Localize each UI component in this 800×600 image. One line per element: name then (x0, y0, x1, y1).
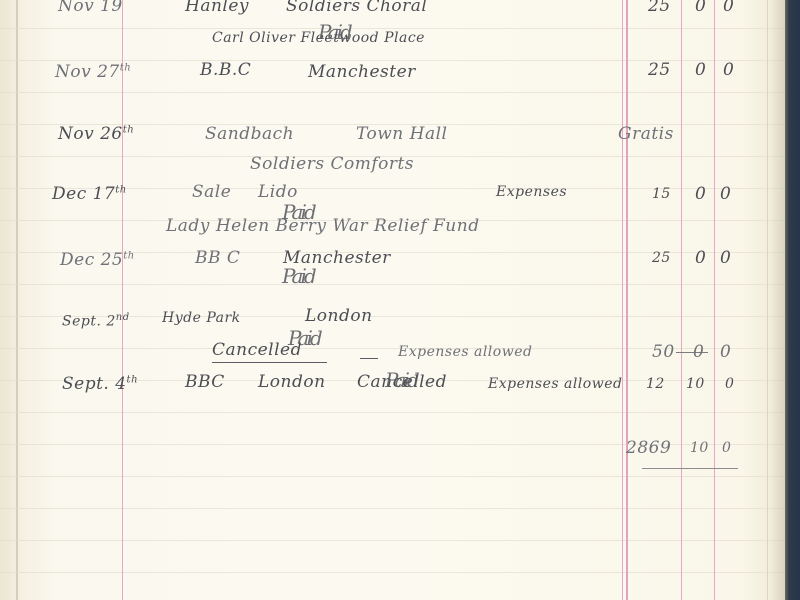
amount-shillings: 0 (695, 184, 706, 204)
entry-description: Manchester (308, 62, 416, 82)
ledger-page: Nov 19 Hanley Soldiers Choral Carl Olive… (0, 0, 785, 600)
entry-venue: Sale (192, 182, 231, 202)
amount-pence: 0 (720, 184, 731, 204)
cancelled-underline (212, 362, 327, 363)
amount-pounds: 25 (648, 0, 671, 16)
entry-description: Lido (258, 182, 298, 202)
total-shillings: 10 (690, 440, 709, 456)
ruling-line (0, 28, 785, 29)
margin-line (122, 0, 123, 600)
amount-pounds: 50 (652, 342, 675, 362)
entry-date: Dec 25th (60, 250, 135, 270)
ruling-line (0, 412, 785, 413)
amount-pence: 0 (720, 342, 731, 362)
ruling-line (0, 92, 785, 93)
column-line-right (767, 0, 768, 600)
amount-pounds: 25 (652, 250, 671, 266)
entry-venue: BBC (185, 372, 225, 392)
entry-note: Soldiers Comforts (250, 154, 414, 174)
entry-description: Soldiers Choral (286, 0, 427, 16)
entry-label-gratis: Gratis (618, 124, 674, 144)
paid-initials: Paid (385, 368, 417, 392)
amount-shillings: 0 (695, 0, 706, 16)
ruling-line (0, 572, 785, 573)
amount-shillings: 0 (693, 342, 704, 362)
entry-date: Nov 19 (58, 0, 123, 16)
ruling-line (0, 540, 785, 541)
binding-gutter (16, 0, 18, 600)
entry-label-expenses: Expenses allowed (488, 376, 622, 392)
total-pounds: 2869 (626, 438, 671, 458)
amount-pence: 0 (720, 248, 731, 268)
entry-date: Sept. 2nd (62, 312, 130, 330)
column-line-pounds-left-double (626, 0, 628, 600)
column-line-shillings (681, 0, 682, 600)
entry-label-expenses: Expenses (496, 184, 567, 200)
entry-label-expenses: Expenses allowed (398, 344, 532, 360)
paid-initials: Paid (318, 20, 350, 44)
entry-venue: Sandbach (205, 124, 294, 144)
entry-venue: B.B.C (200, 60, 251, 80)
amount-shillings: 10 (686, 376, 705, 392)
entry-description: London (305, 306, 373, 326)
entry-description: Town Hall (356, 124, 448, 144)
entry-date: Sept. 4th (62, 374, 138, 394)
column-line-pence (714, 0, 715, 600)
entry-date: Nov 27th (55, 62, 131, 82)
amount-pounds: 12 (646, 376, 665, 392)
entry-description: London (258, 372, 326, 392)
entry-date: Dec 17th (52, 184, 127, 204)
total-pence: 0 (722, 440, 731, 456)
ruling-line (0, 476, 785, 477)
amount-pounds: 15 (652, 186, 671, 202)
amount-pence: 0 (723, 60, 734, 80)
paid-initials: Paid (282, 200, 314, 224)
page-edge-shadow (770, 0, 785, 600)
total-underline (642, 468, 738, 469)
amount-pence: 0 (723, 0, 734, 16)
amount-pence: 0 (725, 376, 734, 392)
book-cover (785, 0, 800, 600)
entry-venue: Hanley (185, 0, 249, 16)
paid-initials: Paid (282, 264, 314, 288)
entry-note: Lady Helen Berry War Relief Fund (166, 216, 480, 236)
ruling-line (0, 508, 785, 509)
entry-venue: BB C (195, 248, 240, 268)
amount-shillings: 0 (695, 248, 706, 268)
amount-shillings: 0 (695, 60, 706, 80)
amount-pounds: 25 (648, 60, 671, 80)
paid-initials: Paid (288, 326, 320, 350)
entry-date: Nov 26th (58, 124, 134, 144)
ruling-line (0, 284, 785, 285)
entry-venue: Hyde Park (162, 310, 241, 326)
dash (360, 358, 378, 359)
column-line-pounds-left (622, 0, 623, 600)
